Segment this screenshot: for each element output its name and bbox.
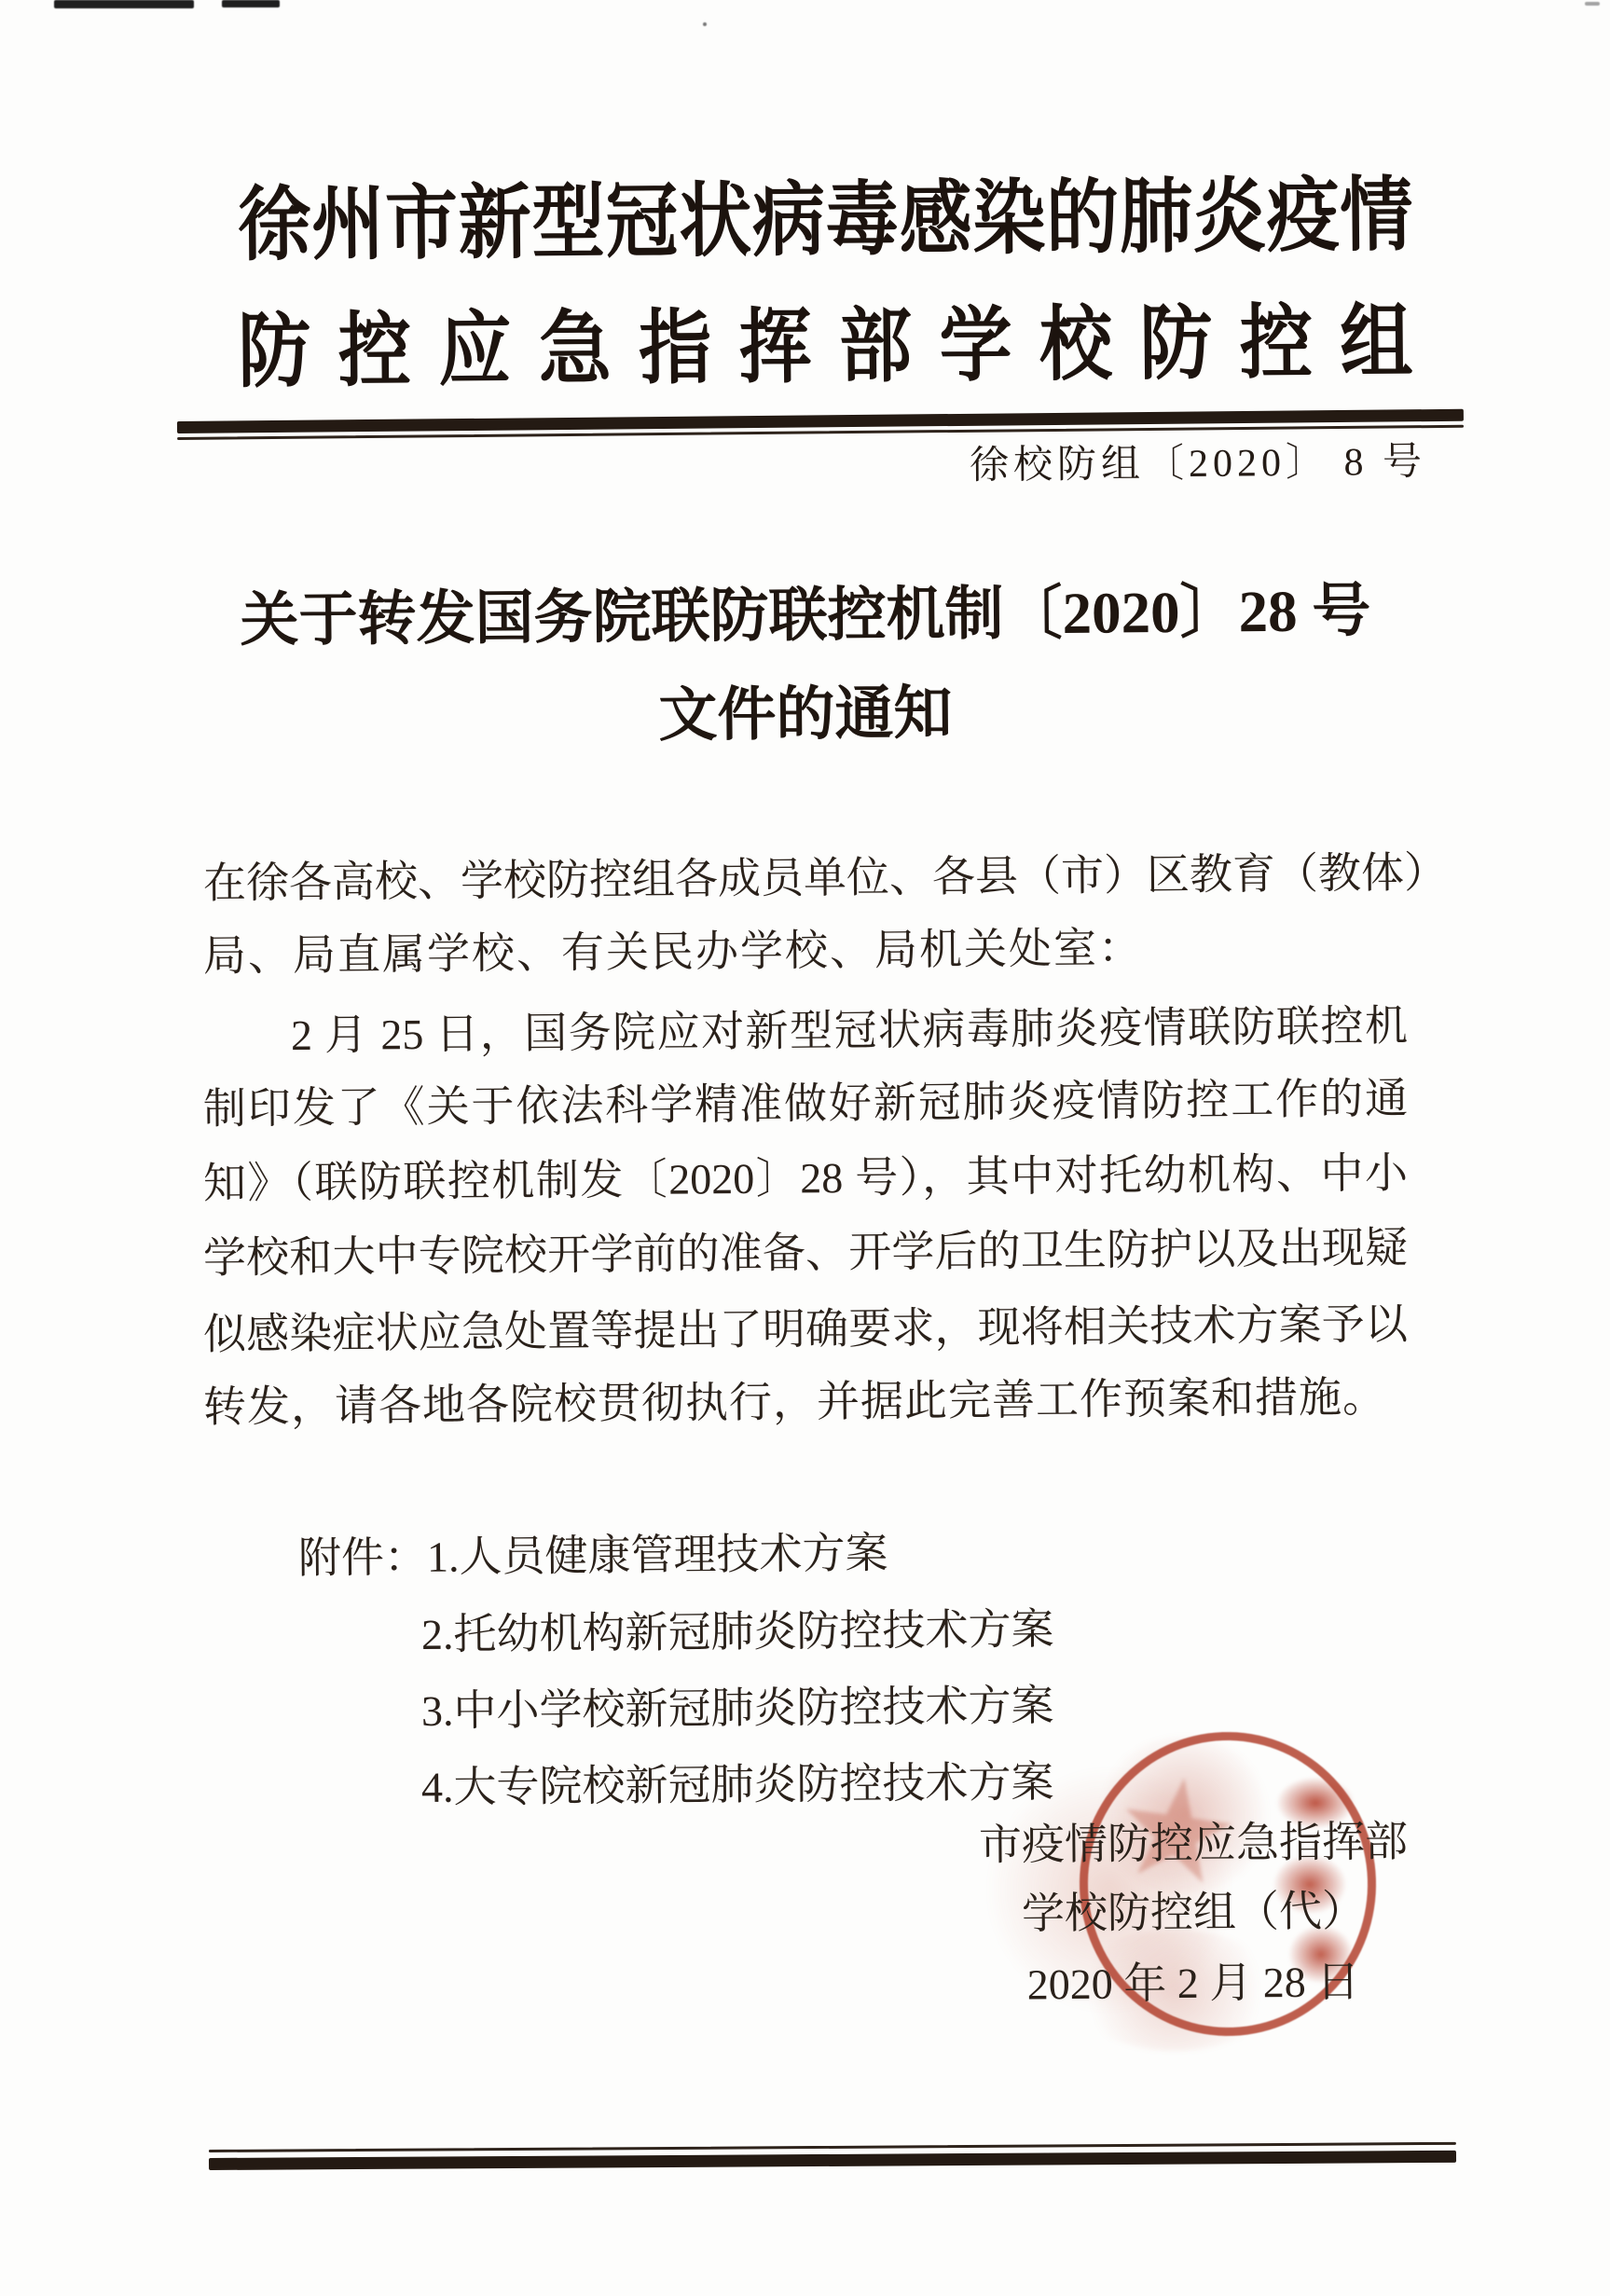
scan-artifact <box>703 22 707 26</box>
signature-org-line1: 市疫情防控应急指挥部 <box>970 1818 1417 1871</box>
scan-artifact <box>54 0 194 8</box>
scan-artifact <box>1585 2 1600 6</box>
paragraph-line: 学校和大中专院校开学前的准备、开学后的卫生防护以及出现疑 <box>203 1224 1408 1284</box>
letterhead-separator-rule <box>177 409 1464 440</box>
document-page: 徐州市新型冠状病毒感染的肺炎疫情 防控应急指挥部学校防控组 徐校防组〔2020〕… <box>0 0 1610 2296</box>
salutation-line: 局、局直属学校、有关民办学校、局机关处室： <box>203 922 1408 982</box>
attachments-label: 附件： <box>298 1533 427 1582</box>
scan-artifact <box>222 0 280 7</box>
paragraph-line: 知》（联防联控机制发〔2020〕28 号），其中对托幼机构、中小 <box>203 1149 1408 1209</box>
document-number: 徐校防组〔2020〕 8 号 <box>970 440 1426 489</box>
attachment-item: 3.中小学校新冠肺炎防控技术方案 <box>421 1682 1054 1737</box>
paragraph-line: 似感染症状应急处置等提出了明确要求，现将相关技术方案予以 <box>203 1300 1408 1360</box>
attachments-line: 附件：1.人员健康管理技术方案 <box>298 1529 888 1583</box>
signature-org-line2: 学校防控组（代） <box>970 1887 1417 1940</box>
rule-thick-line <box>209 2151 1456 2170</box>
attachment-item: 1.人员健康管理技术方案 <box>427 1529 888 1580</box>
subject-title-line1: 关于转发国务院联防联控机制〔2020〕28 号 <box>203 579 1409 654</box>
signature-date: 2020 年 2 月 28 日 <box>970 1958 1417 2011</box>
subject-title-line2: 文件的通知 <box>203 678 1409 753</box>
letterhead-title-line1: 徐州市新型冠状病毒感染的肺炎疫情 <box>238 171 1413 270</box>
paragraph-line: 制印发了《关于依法科学精准做好新冠肺炎疫情防控工作的通 <box>203 1075 1408 1134</box>
attachment-item: 4.大专院校新冠肺炎防控技术方案 <box>421 1758 1054 1813</box>
paragraph-line: 转发，请各地各院校贯彻执行，并据此完善工作预案和措施。 <box>203 1373 1408 1433</box>
rule-thick-line <box>177 409 1464 433</box>
paragraph-line: 2 月 25 日，国务院应对新型冠状病毒肺炎疫情联防联控机 <box>203 1002 1408 1062</box>
footer-separator-rule <box>209 2142 1456 2170</box>
attachment-item: 2.托幼机构新冠肺炎防控技术方案 <box>421 1605 1054 1660</box>
letterhead-title-line2: 防控应急指挥部学校防控组 <box>238 297 1413 397</box>
salutation-line: 在徐各高校、学校防控组各成员单位、各县（市）区教育（教体） <box>203 849 1408 909</box>
